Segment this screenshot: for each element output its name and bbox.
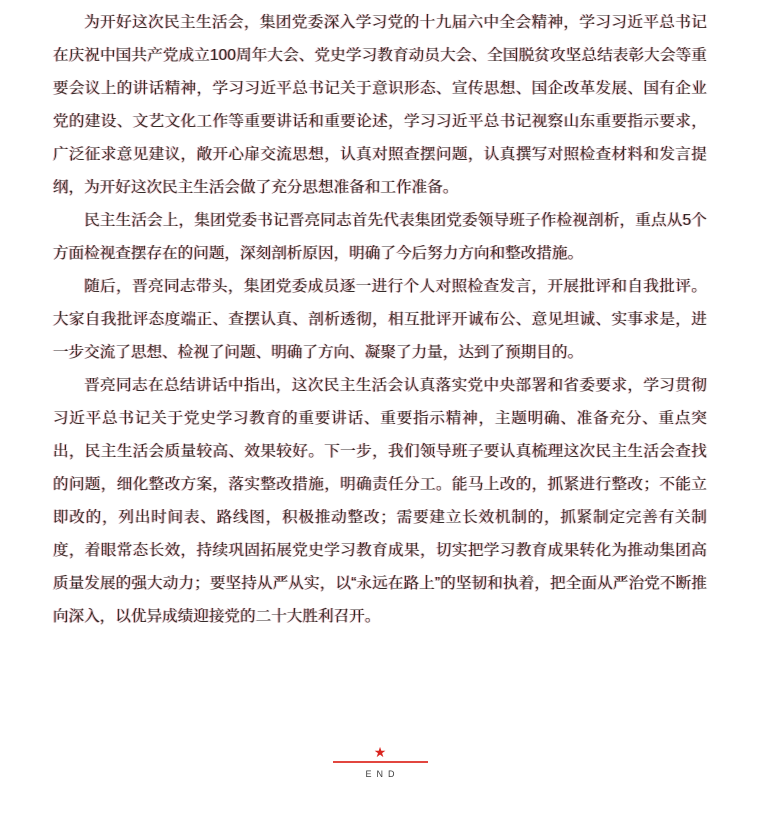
paragraph-2: 民主生活会上，集团党委书记晋亮同志首先代表集团党委领导班子作检视剖析，重点从5个… xyxy=(53,204,707,270)
article-body: 为开好这次民主生活会，集团党委深入学习党的十九届六中全会精神，学习习近平总书记在… xyxy=(53,6,707,633)
end-marker: ★ END xyxy=(0,744,760,779)
end-divider-line xyxy=(333,761,428,763)
star-icon: ★ xyxy=(0,744,760,760)
paragraph-1: 为开好这次民主生活会，集团党委深入学习党的十九届六中全会精神，学习习近平总书记在… xyxy=(53,6,707,204)
paragraph-4: 晋亮同志在总结讲话中指出，这次民主生活会认真落实党中央部署和省委要求，学习贯彻习… xyxy=(53,369,707,633)
document-page: 为开好这次民主生活会，集团党委深入学习党的十九届六中全会精神，学习习近平总书记在… xyxy=(0,0,760,814)
end-label: END xyxy=(0,769,760,779)
paragraph-3: 随后，晋亮同志带头，集团党委成员逐一进行个人对照检查发言，开展批评和自我批评。大… xyxy=(53,270,707,369)
